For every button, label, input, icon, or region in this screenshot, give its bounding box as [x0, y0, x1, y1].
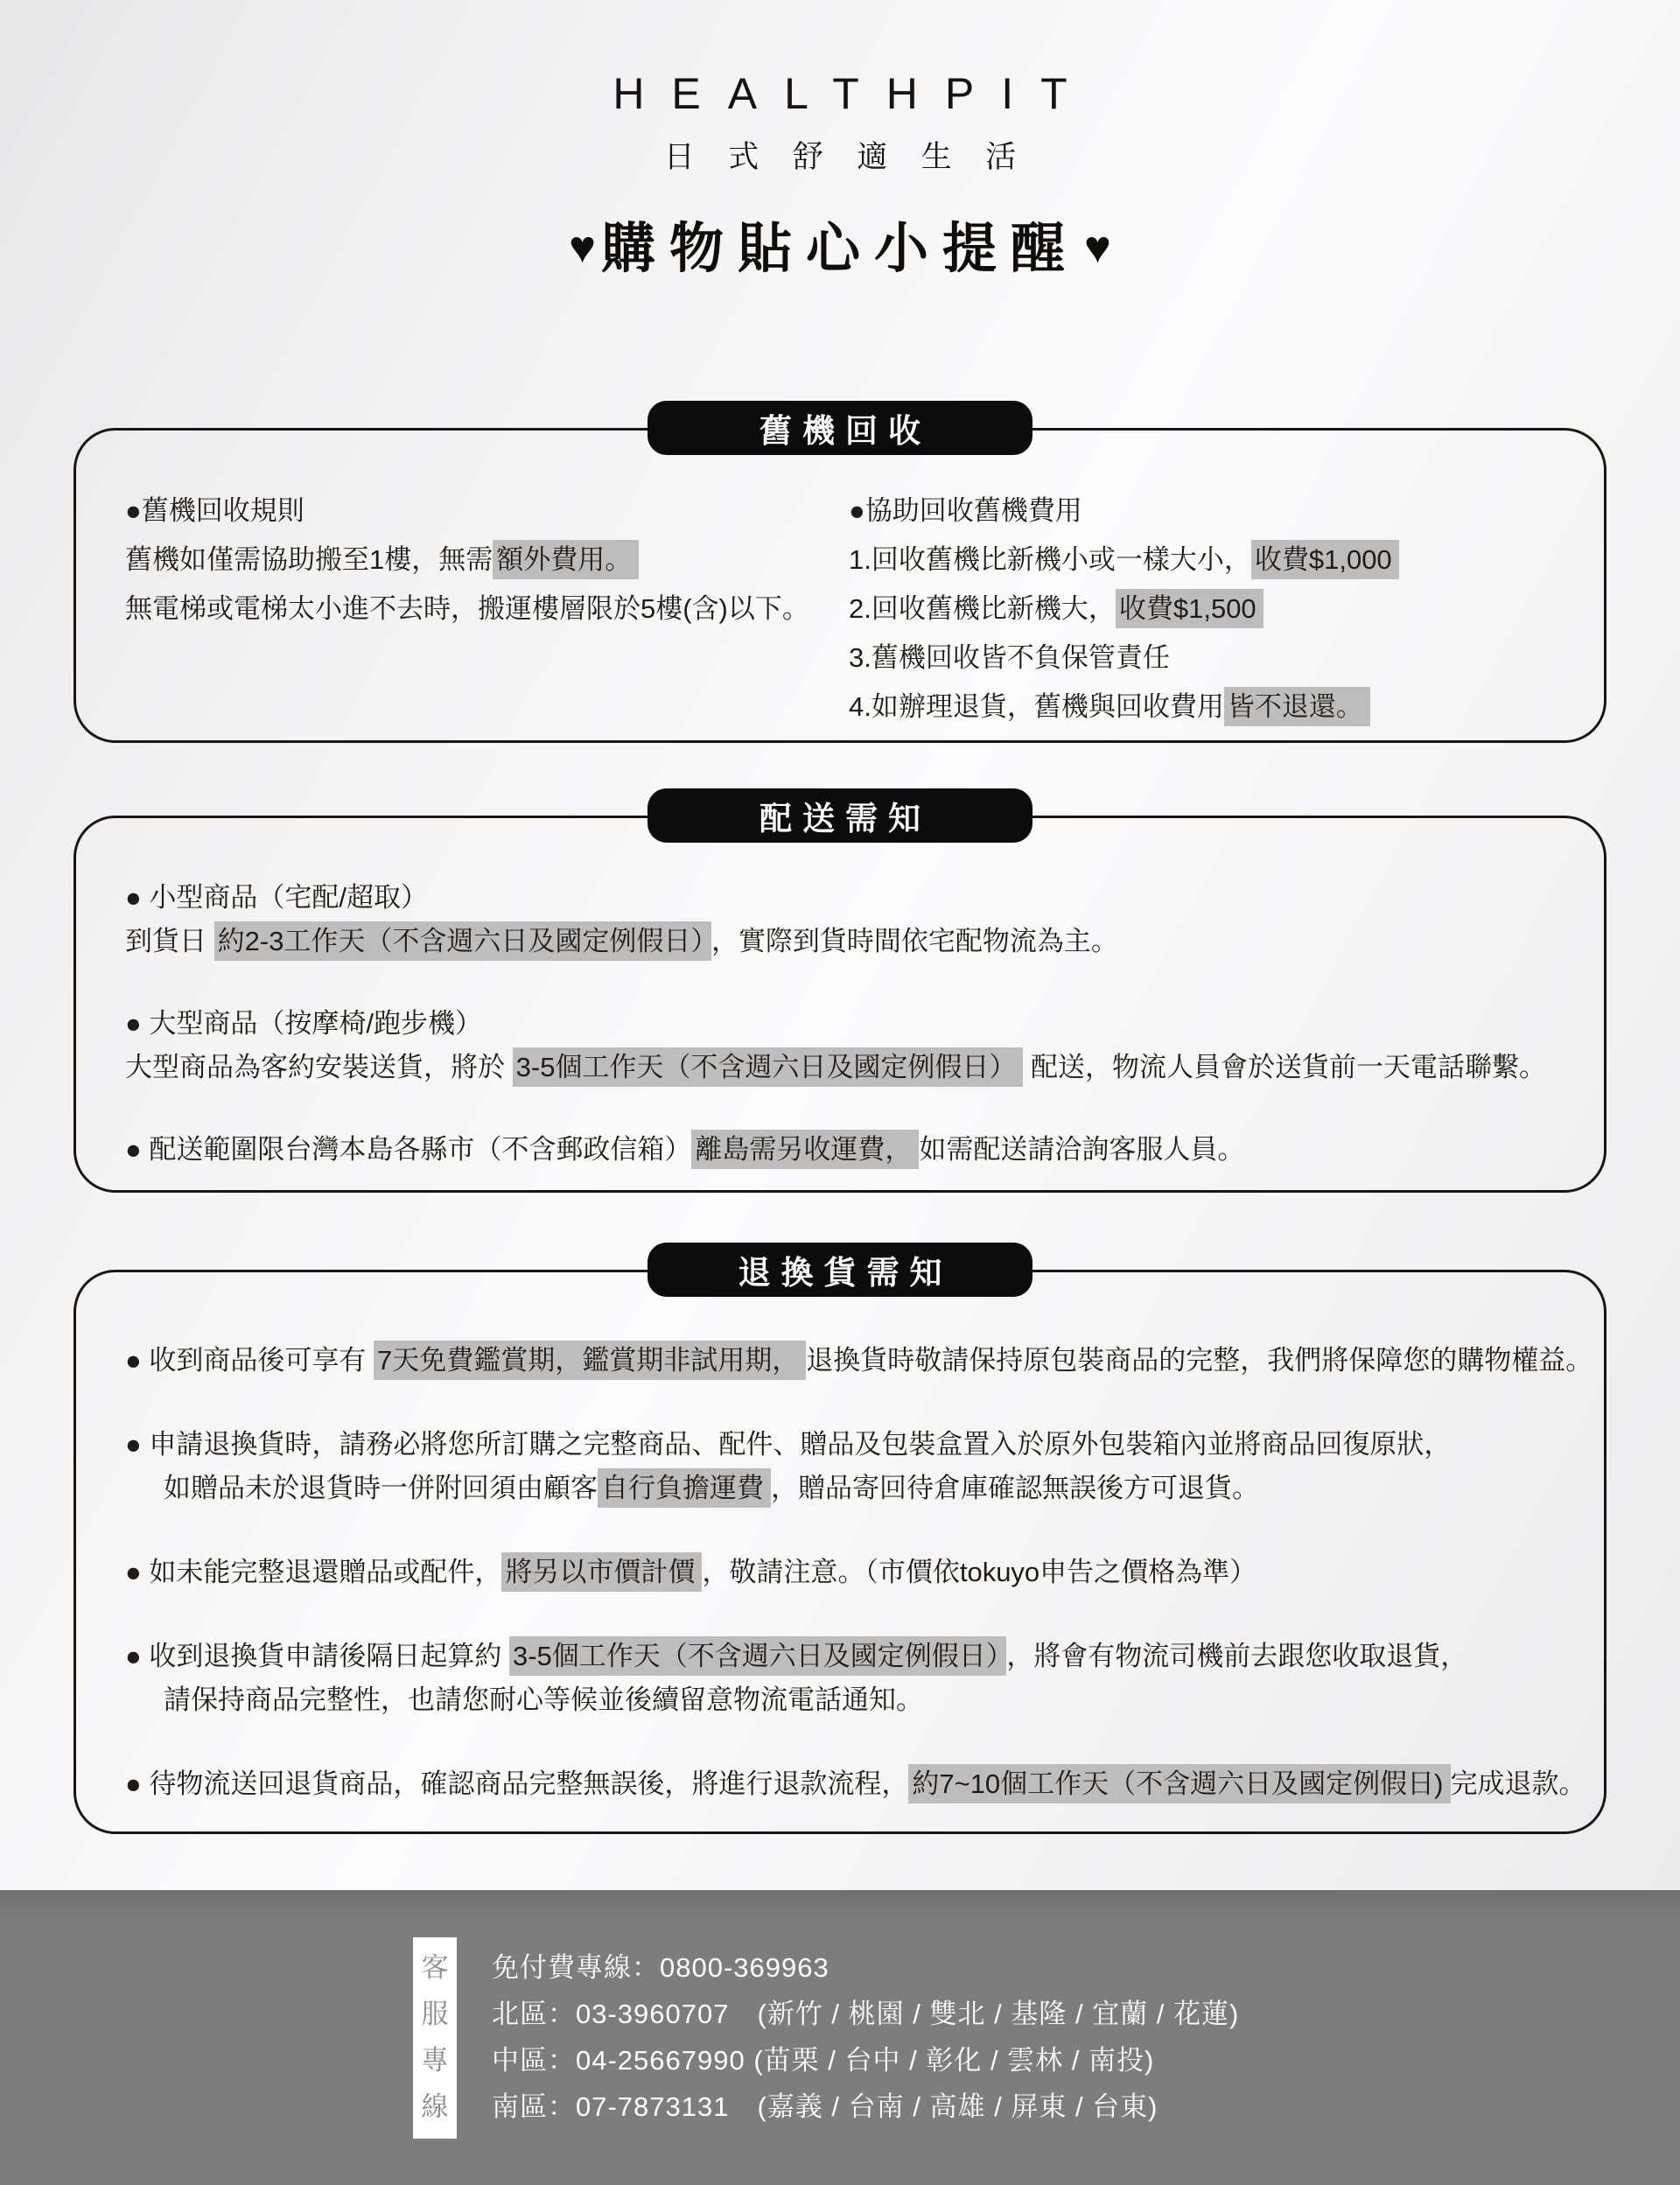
text-line: ● 收到退換貨申請後隔日起算約 3-5個工作天（不含週六日及國定例假日），將會有…: [125, 1635, 1569, 1678]
contact-line: 南區：07-7873131 (嘉義 / 台南 / 高雄 / 屏東 / 台東): [492, 2083, 1239, 2130]
text-run: 請保持商品完整性，也請您耐心等候並後續留意物流電話通知。: [164, 1684, 923, 1715]
text-run: 配送，物流人員會於送貨前一天電話聯繫。: [1023, 1052, 1546, 1082]
bullet-item: ● 收到商品後可享有 7天免費鑑賞期，鑑賞期非試用期，退換貨時敬請保持原包裝商品…: [125, 1339, 1569, 1383]
text-run: 3.舊機回收皆不負保管責任: [849, 642, 1170, 673]
bullet-item: ● 如未能完整退還贈品或配件，將另以市價計價，敬請注意。（市價依tokuyo申告…: [125, 1551, 1569, 1594]
text-column: ●協助回收舊機費用1.回收舊機比新機小或一樣大小，收費$1,0002.回收舊機比…: [831, 487, 1555, 740]
text-line: ● 待物流送回退貨商品，確認商品完整無誤後，將進行退款流程，約7~10個工作天（…: [125, 1762, 1569, 1806]
text-column: ●舊機回收規則舊機如僅需協助搬至1樓，無需額外費用。無電梯或電梯太小進不去時，搬…: [125, 487, 831, 740]
text-line: 到貨日 約2-3工作天（不含週六日及國定例假日），實際到貨時間依宅配物流為主。: [125, 920, 1555, 963]
contact-line: 中區：04-25667990 (苗栗 / 台中 / 彰化 / 雲林 / 南投): [492, 2037, 1239, 2083]
text-line: 舊機如僅需協助搬至1樓，無需額外費用。: [125, 536, 831, 585]
brand-logo: HEALTHPIT: [0, 68, 1680, 119]
text-line: ● 配送範圍限台灣本島各縣市（不含郵政信箱）離島需另收運費，如需配送請洽詢客服人…: [125, 1128, 1555, 1172]
highlighted-text: 收費$1,500: [1116, 589, 1263, 628]
text-run: ●舊機回收規則: [125, 495, 304, 526]
contact-line: 北區：03-3960707 (新竹 / 桃園 / 雙北 / 基隆 / 宜蘭 / …: [492, 1991, 1239, 2037]
bullet-item: ● 申請退換貨時，請務必將您所訂購之完整商品、配件、贈品及包裝盒置入於原外包裝箱…: [125, 1423, 1569, 1510]
customer-service-vertical-char: 服: [413, 1991, 457, 2037]
heart-right-icon: ♥: [1079, 222, 1116, 273]
text-line: ● 小型商品（宅配/超取）: [125, 876, 1555, 920]
text-line: 2.回收舊機比新機大，收費$1,500: [849, 585, 1555, 634]
section-body-recycle: ●舊機回收規則舊機如僅需協助搬至1樓，無需額外費用。無電梯或電梯太小進不去時，搬…: [73, 428, 1606, 743]
footer-customer-service: 客服專線 免付費專線：0800-369963北區：03-3960707 (新竹 …: [0, 1890, 1680, 2185]
text-run: ●協助回收舊機費用: [849, 495, 1082, 526]
text-line: 4.如辦理退貨，舊機與回收費用皆不退還。: [849, 683, 1555, 732]
highlighted-text: 將另以市價計價: [501, 1552, 702, 1592]
text-run: ● 收到商品後可享有: [125, 1345, 374, 1376]
text-line: ● 如未能完整退還贈品或配件，將另以市價計價，敬請注意。（市價依tokuyo申告…: [125, 1551, 1569, 1594]
highlighted-text: 3-5個工作天（不含週六日及國定例假日）: [509, 1636, 1006, 1676]
highlighted-text: 7天免費鑑賞期，鑑賞期非試用期，: [374, 1341, 806, 1380]
page-title: ♥購物貼心小提醒♥: [0, 205, 1680, 283]
text-line: ● 申請退換貨時，請務必將您所訂購之完整商品、配件、贈品及包裝盒置入於原外包裝箱…: [125, 1423, 1569, 1467]
text-run: ● 收到退換貨申請後隔日起算約: [125, 1641, 509, 1671]
customer-service-vertical-label: 客服專線: [413, 1937, 457, 2139]
text-line: 無電梯或電梯太小進不去時，搬運樓層限於5樓(含)以下。: [125, 585, 831, 634]
text-line: ●舊機回收規則: [125, 487, 831, 536]
contact-line: 免付費專線：0800-369963: [492, 1944, 1239, 1991]
section-body-delivery: ● 小型商品（宅配/超取）到貨日 約2-3工作天（不含週六日及國定例假日），實際…: [73, 816, 1606, 1193]
highlighted-text: 自行負擔運費: [598, 1468, 771, 1508]
bullet-item: ● 大型商品（按摩椅/跑步機）大型商品為客約安裝送貨，將於 3-5個工作天（不含…: [125, 1002, 1555, 1089]
text-run: 到貨日: [125, 926, 214, 956]
page: HEALTHPIT 日式舒適生活 ♥購物貼心小提醒♥ 舊機回收 ●舊機回收規則舊…: [0, 0, 1680, 2185]
text-run: 退換貨時敬請保持原包裝商品的完整，我們將保障您的購物權益。: [806, 1345, 1592, 1376]
bullet-item: ● 收到退換貨申請後隔日起算約 3-5個工作天（不含週六日及國定例假日），將會有…: [125, 1635, 1569, 1722]
text-run: ，將會有物流司機前去跟您收取退貨，: [1006, 1641, 1467, 1671]
text-run: 1.回收舊機比新機小或一樣大小，: [849, 544, 1251, 575]
text-run: 大型商品為客約安裝送貨，將於: [125, 1052, 513, 1082]
highlighted-text: 約2-3工作天（不含週六日及國定例假日）: [214, 921, 711, 961]
section-title-returns: 退換貨需知: [647, 1243, 1032, 1297]
text-run: 2.回收舊機比新機大，: [849, 593, 1116, 624]
brand-header: HEALTHPIT 日式舒適生活: [0, 68, 1680, 177]
text-run: ● 小型商品（宅配/超取）: [125, 882, 428, 913]
text-run: ● 待物流送回退貨商品，確認商品完整無誤後，將進行退款流程，: [125, 1768, 908, 1799]
section-delivery-notes: 配送需知 ● 小型商品（宅配/超取）到貨日 約2-3工作天（不含週六日及國定例假…: [73, 788, 1606, 1193]
customer-service-vertical-char: 專: [413, 2037, 457, 2083]
text-run: ● 配送範圍限台灣本島各縣市（不含郵政信箱）: [125, 1134, 691, 1165]
section-title-recycle: 舊機回收: [647, 401, 1032, 455]
brand-tagline: 日式舒適生活: [0, 133, 1680, 177]
highlighted-text: 離島需另收運費，: [691, 1130, 919, 1169]
text-run: ● 大型商品（按摩椅/跑步機）: [125, 1008, 482, 1039]
bullet-item: ● 待物流送回退貨商品，確認商品完整無誤後，將進行退款流程，約7~10個工作天（…: [125, 1762, 1569, 1806]
text-line: ●協助回收舊機費用: [849, 487, 1555, 536]
customer-service-vertical-char: 客: [413, 1944, 457, 1991]
text-run: ● 申請退換貨時，請務必將您所訂購之完整商品、配件、贈品及包裝盒置入於原外包裝箱…: [125, 1429, 1451, 1460]
page-title-text: 購物貼心小提醒: [601, 219, 1079, 279]
section-body-returns: ● 收到商品後可享有 7天免費鑑賞期，鑑賞期非試用期，退換貨時敬請保持原包裝商品…: [73, 1270, 1606, 1834]
text-line: 3.舊機回收皆不負保管責任: [849, 634, 1555, 683]
text-run: 如需配送請洽詢客服人員。: [919, 1134, 1244, 1165]
highlighted-text: 約7~10個工作天（不含週六日及國定例假日): [908, 1764, 1450, 1803]
text-run: 無電梯或電梯太小進不去時，搬運樓層限於5樓(含)以下。: [125, 593, 809, 624]
bullet-item: ● 小型商品（宅配/超取）到貨日 約2-3工作天（不含週六日及國定例假日），實際…: [125, 876, 1555, 963]
text-line: ● 大型商品（按摩椅/跑步機）: [125, 1002, 1555, 1046]
text-run: 舊機如僅需協助搬至1樓，無需: [125, 544, 493, 575]
customer-service-vertical-char: 線: [413, 2083, 457, 2130]
text-line: 請保持商品完整性，也請您耐心等候並後續留意物流電話通知。: [125, 1678, 1569, 1722]
section-old-machine-recycle: 舊機回收 ●舊機回收規則舊機如僅需協助搬至1樓，無需額外費用。無電梯或電梯太小進…: [73, 401, 1606, 743]
text-run: ，實際到貨時間依宅配物流為主。: [711, 926, 1118, 956]
highlighted-text: 額外費用。: [493, 540, 639, 579]
text-run: 完成退款。: [1451, 1768, 1586, 1799]
text-line: 如贈品未於退貨時一併附回須由顧客自行負擔運費，贈品寄回待倉庫確認無誤後方可退貨。: [125, 1467, 1569, 1510]
highlighted-text: 皆不退還。: [1224, 687, 1370, 726]
text-run: 4.如辦理退貨，舊機與回收費用: [849, 691, 1224, 722]
text-run: ● 如未能完整退還贈品或配件，: [125, 1557, 501, 1587]
section-title-delivery: 配送需知: [647, 788, 1032, 843]
text-run: 如贈品未於退貨時一併附回須由顧客: [164, 1473, 598, 1503]
text-line: 1.回收舊機比新機小或一樣大小，收費$1,000: [849, 536, 1555, 585]
section-return-exchange-notes: 退換貨需知 ● 收到商品後可享有 7天免費鑑賞期，鑑賞期非試用期，退換貨時敬請保…: [73, 1243, 1606, 1834]
contact-lines: 免付費專線：0800-369963北區：03-3960707 (新竹 / 桃園 …: [492, 1944, 1239, 2130]
bullet-item: ● 配送範圍限台灣本島各縣市（不含郵政信箱）離島需另收運費，如需配送請洽詢客服人…: [125, 1128, 1555, 1172]
text-run: ，敬請注意。（市價依tokuyo申告之價格為準）: [702, 1557, 1256, 1587]
highlighted-text: 3-5個工作天（不含週六日及國定例假日）: [513, 1047, 1024, 1087]
highlighted-text: 收費$1,000: [1251, 540, 1399, 579]
text-run: ，贈品寄回待倉庫確認無誤後方可退貨。: [771, 1473, 1259, 1503]
text-line: 大型商品為客約安裝送貨，將於 3-5個工作天（不含週六日及國定例假日） 配送，物…: [125, 1046, 1555, 1089]
heart-left-icon: ♥: [563, 222, 601, 273]
text-line: ● 收到商品後可享有 7天免費鑑賞期，鑑賞期非試用期，退換貨時敬請保持原包裝商品…: [125, 1339, 1569, 1383]
